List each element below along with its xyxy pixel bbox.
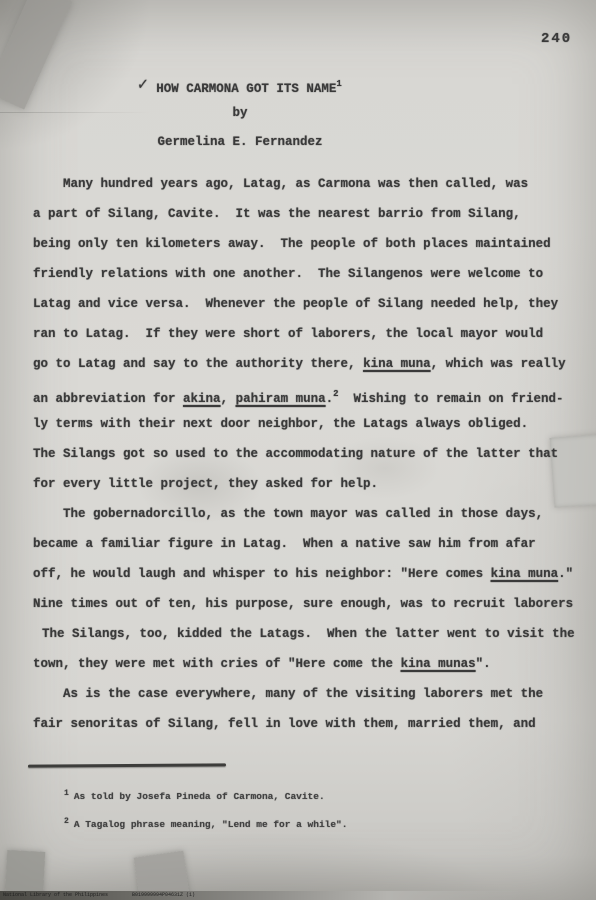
typed-line: The Silangs got so used to the accommoda… [33,439,581,469]
author-name: Germelina E. Fernandez [0,128,480,157]
scan-code: B019999994P04631Z (1) [132,893,195,898]
typed-line: Nine times out of ten, his purpose, sure… [33,589,581,619]
typed-line: town, they were met with cries of "Here … [33,649,581,679]
typed-line: for every little project, they asked for… [33,469,581,499]
typed-line: Latag and vice versa. Whenever the peopl… [33,289,581,319]
typed-line: off, he would laugh and whisper to his n… [33,559,581,589]
footnote: 1As told by Josefa Pineda of Carmona, Ca… [64,780,347,808]
page-number: 240 [541,31,572,47]
byline: by [0,99,480,128]
typed-line: a part of Silang, Cavite. It was the nea… [33,199,581,229]
checkmark-annotation: ✓ [136,67,149,104]
document-header: ✓HOW CARMONA GOT ITS NAME1 by Germelina … [0,70,480,157]
typed-line: ran to Latag. If they were short of labo… [33,319,581,349]
scanner-edge-strip: National Library of the Philippines B019… [0,891,596,900]
footnote: 2A Tagalog phrase meaning, "Lend me for … [64,808,347,836]
body-text: Many hundred years ago, Latag, as Carmon… [33,169,581,739]
page-title: HOW CARMONA GOT ITS NAME [156,82,336,96]
title-footnote-ref: 1 [336,79,341,89]
typed-line: Many hundred years ago, Latag, as Carmon… [33,169,581,199]
typed-line: an abbreviation for akina, pahiram muna.… [33,379,581,409]
footnotes-section: 1As told by Josefa Pineda of Carmona, Ca… [64,780,347,836]
footnote-ref: 1 [64,789,69,798]
typed-line: The Silangs, too, kidded the Latags. Whe… [33,619,581,649]
typed-line: The gobernadorcillo, as the town mayor w… [33,499,581,529]
typed-line: go to Latag and say to the authority the… [33,349,581,379]
footnote-divider [28,763,226,767]
typed-line: friendly relations with one another. The… [33,259,581,289]
footnote-ref: 2 [64,817,69,826]
library-watermark: National Library of the Philippines [3,893,108,898]
typed-line: As is the case everywhere, many of the v… [33,679,581,709]
typed-line: being only ten kilometers away. The peop… [33,229,581,259]
scanned-page: 240 ✓HOW CARMONA GOT ITS NAME1 by Germel… [0,0,596,900]
typed-line: fair senoritas of Silang, fell in love w… [33,709,581,739]
title-line: ✓HOW CARMONA GOT ITS NAME1 [0,70,480,99]
footnote-text: As told by Josefa Pineda of Carmona, Cav… [74,791,325,802]
typed-line: ly terms with their next door neighbor, … [33,409,581,439]
typed-line: became a familiar figure in Latag. When … [33,529,581,559]
footnote-text: A Tagalog phrase meaning, "Lend me for a… [74,819,348,830]
